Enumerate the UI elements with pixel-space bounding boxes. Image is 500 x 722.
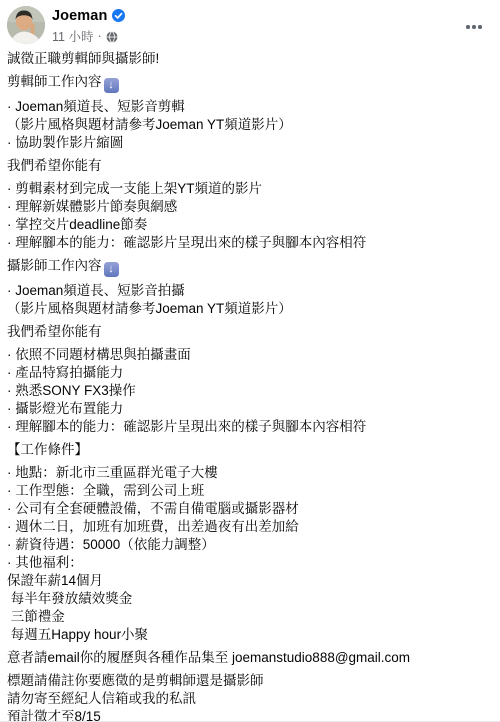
post-line: · 理解新媒體影片節奏與網感 [7,198,492,216]
post-line: 每半年發放績效獎金 [7,590,492,608]
post-line: · 產品特寫拍攝能力 [7,364,492,382]
post-paragraph: 攝影師工作內容↓ [7,257,492,277]
globe-icon [106,31,118,43]
post-line: 請勿寄至經紀人信箱或我的私訊 [7,690,492,708]
post-paragraph: 誠徵正職剪輯師與攝影師! [7,50,492,68]
post-line: 預計徵才至8/15 [7,708,492,722]
author-row: Joeman [52,7,125,24]
post-line: · 剪輯素材到完成一支能上架YT頻道的影片 [7,180,492,198]
post-line: · 掌控交片deadline節奏 [7,216,492,234]
post-line: （影片風格與題材請參考Joeman YT頻道影片） [7,116,492,134]
post-paragraph: · 剪輯素材到完成一支能上架YT頻道的影片· 理解新媒體影片節奏與網感· 掌控交… [7,180,492,252]
ellipsis-icon [466,25,482,29]
post-line: 標題請備註你要應徵的是剪輯師還是攝影師 [7,672,492,690]
header-text: Joeman 11 小時 · [52,6,125,45]
post-line: · 理解腳本的能力：確認影片呈現出來的樣子與腳本內容相符 [7,418,492,436]
down-arrow-emoji: ↓ [104,262,119,277]
post-line: · 依照不同題材構思與拍攝畫面 [7,346,492,364]
post-line: 三節禮金 [7,608,492,626]
post-content: 誠徵正職剪輯師與攝影師!剪輯師工作內容↓· Joeman頻道長、短影音剪輯（影片… [7,50,492,722]
post-line: · 其他福利： [7,554,492,572]
post-line: · 熟悉SONY FX3操作 [7,382,492,400]
post-line: · 理解腳本的能力：確認影片呈現出來的樣子與腳本內容相符 [7,234,492,252]
post-line: 保證年薪14個月 [7,572,492,590]
post-line: · Joeman頻道長、短影音拍攝 [7,282,492,300]
post-header: Joeman 11 小時 · [7,6,492,45]
post-line: · 公司有全套硬體設備，不需自備電腦或攝影器材 [7,500,492,518]
post-line: 攝影師工作內容↓ [7,257,492,277]
post-line: · Joeman頻道長、短影音剪輯 [7,98,492,116]
avatar[interactable] [7,6,45,44]
post-line: · 工作型態：全職，需到公司上班 [7,482,492,500]
post-paragraph: · 依照不同題材構思與拍攝畫面· 產品特寫拍攝能力· 熟悉SONY FX3操作·… [7,346,492,436]
post-line: 誠徵正職剪輯師與攝影師! [7,50,492,68]
post-paragraph: 【工作條件】 [7,441,492,459]
post-line: · 週休二日，加班有加班費，出差過夜有出差加給 [7,518,492,536]
post-line: 【工作條件】 [7,441,492,459]
post-line: 剪輯師工作內容↓ [7,73,492,93]
post-line: 我們希望你能有 [7,323,492,341]
post-line: · 協助製作影片縮圖 [7,134,492,152]
post-paragraph: 標題請備註你要應徵的是剪輯師還是攝影師請勿寄至經紀人信箱或我的私訊預計徵才至8/… [7,672,492,722]
author-name[interactable]: Joeman [52,8,107,24]
post-paragraph: · 地點：新北市三重區群光電子大樓· 工作型態：全職，需到公司上班· 公司有全套… [7,464,492,644]
verified-badge-icon [112,9,125,22]
post-line: 每週五Happy hour小聚 [7,626,492,644]
post-paragraph: 意者請email你的履歷與各種作品集至 joemanstudio888@gmai… [7,649,492,667]
meta-separator: · [97,29,101,43]
post-line: 意者請email你的履歷與各種作品集至 joemanstudio888@gmai… [7,649,492,667]
facebook-post: Joeman 11 小時 · [0,0,500,722]
post-paragraph: 我們希望你能有 [7,157,492,175]
post-paragraph: 剪輯師工作內容↓ [7,73,492,93]
post-line: （影片風格與題材請參考Joeman YT頻道影片） [7,300,492,318]
post-paragraph: · Joeman頻道長、短影音剪輯（影片風格與題材請參考Joeman YT頻道影… [7,98,492,152]
post-line: 我們希望你能有 [7,157,492,175]
post-paragraph: · Joeman頻道長、短影音拍攝（影片風格與題材請參考Joeman YT頻道影… [7,282,492,318]
down-arrow-emoji: ↓ [104,78,119,93]
post-line: · 攝影燈光布置能力 [7,400,492,418]
more-options-button[interactable] [460,17,488,37]
avatar-photo [7,6,45,44]
post-timestamp[interactable]: 11 小時 [52,27,93,45]
post-line: · 薪資待遇：50000（依能力調整） [7,536,492,554]
post-line: · 地點：新北市三重區群光電子大樓 [7,464,492,482]
post-meta: 11 小時 · [52,27,125,45]
post-paragraph: 我們希望你能有 [7,323,492,341]
